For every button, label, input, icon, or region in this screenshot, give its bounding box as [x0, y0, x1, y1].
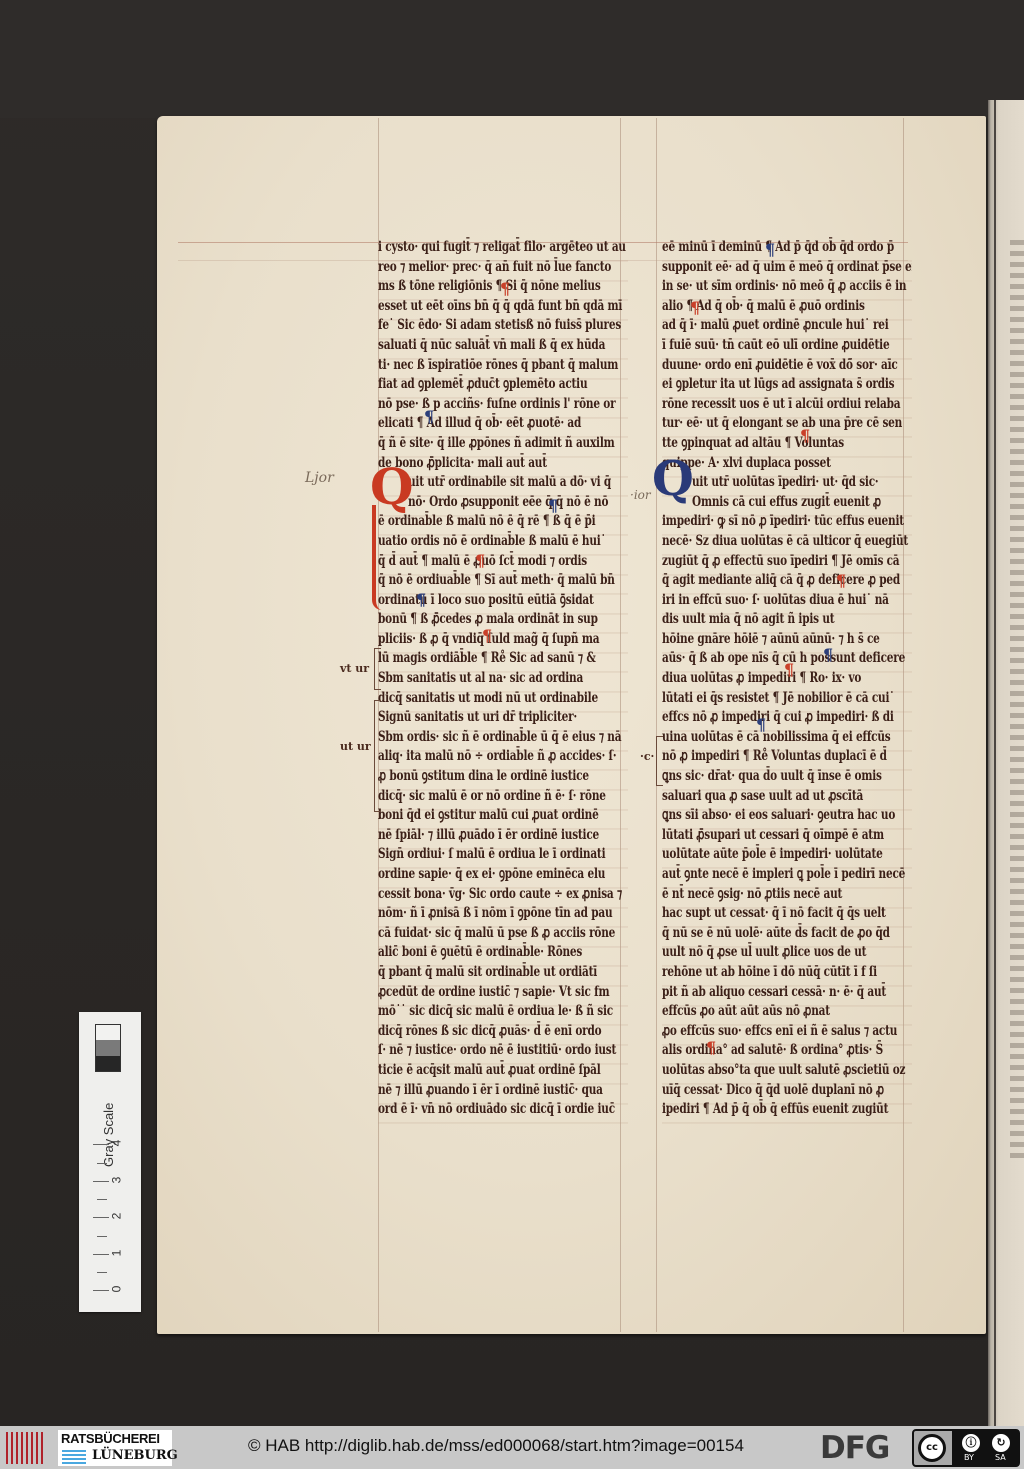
margin-folio-note: Ljor — [305, 470, 334, 486]
ruler-tick — [93, 1254, 109, 1255]
institution-city: LÜNEBURG — [92, 1448, 178, 1463]
text-bracket — [656, 736, 663, 786]
red-paragraph-mark: ¶ — [706, 1038, 716, 1057]
blue-paragraph-mark: ¶ — [548, 496, 558, 515]
blue-paragraph-mark: ¶ — [823, 645, 833, 664]
margin-gloss: ·c· — [640, 750, 654, 763]
blue-paragraph-mark: ¶ — [756, 715, 766, 734]
sa-label: SA — [995, 1453, 1006, 1462]
adjacent-page-text — [1010, 240, 1024, 1160]
red-paragraph-mark: ¶ — [500, 279, 510, 298]
ruler-tick — [97, 1236, 107, 1237]
sa-share-alike-icon: ↻ — [992, 1434, 1010, 1452]
red-paragraph-mark: ¶ — [690, 298, 700, 317]
ruler-tick — [93, 1181, 109, 1182]
red-paragraph-mark: ¶ — [482, 626, 492, 645]
red-initial-flourish — [372, 505, 382, 610]
ruler-tick — [97, 1199, 107, 1200]
margin-gloss: ut ur — [340, 740, 371, 753]
footer-bar: RATSBÜCHEREI LÜNEBURG © HAB http://digli… — [0, 1426, 1024, 1469]
ruler-tick — [93, 1290, 109, 1291]
ruler-tick — [97, 1272, 107, 1273]
swatch-dark — [96, 1056, 120, 1071]
cc-attribution-panel: ⓘ ↻ BY SA — [952, 1431, 1018, 1465]
by-label: BY — [964, 1453, 974, 1462]
blue-paragraph-mark: ¶ — [416, 590, 426, 609]
ruler-number: 3 — [109, 1177, 123, 1184]
dfg-logo: DFG — [820, 1430, 889, 1466]
ruler-number: 0 — [109, 1286, 123, 1293]
ruler-tick — [97, 1163, 107, 1164]
swatch-light — [96, 1025, 120, 1040]
ruler-tick — [93, 1217, 109, 1218]
swatch-mid — [96, 1040, 120, 1055]
blue-paragraph-mark: ¶ — [765, 240, 775, 259]
gray-scale-swatch — [95, 1024, 121, 1072]
scan-backdrop-top — [0, 0, 1024, 118]
ruler-tick — [93, 1144, 109, 1145]
organ-pipes-logo-icon — [6, 1432, 46, 1464]
blue-paragraph-mark: ¶ — [424, 407, 434, 426]
ruler-number: 4 — [109, 1140, 123, 1147]
red-paragraph-mark: ¶ — [800, 426, 810, 445]
page-fold — [994, 100, 996, 1426]
copyright-link[interactable]: © HAB http://diglib.hab.de/mss/ed000068/… — [248, 1436, 744, 1456]
text-line: ipediri ¶ Ad p̄ q̄ ob̄ q̄ effūs euenit z… — [662, 1097, 912, 1123]
cc-icon: cc — [918, 1434, 946, 1462]
red-paragraph-mark: ¶ — [836, 571, 846, 590]
open-book-icon — [62, 1450, 86, 1464]
margin-gloss: vt ur — [340, 662, 369, 675]
text-bracket — [374, 648, 381, 690]
red-paragraph-mark: ¶ — [475, 551, 485, 570]
cc-license-badge[interactable]: cc ⓘ ↻ BY SA — [912, 1429, 1020, 1467]
by-person-icon: ⓘ — [962, 1434, 980, 1452]
text-bracket — [374, 700, 381, 812]
text-line: ord ē ī· vn̄ nō ordiuādo sic dicq̄ ī ord… — [378, 1097, 628, 1123]
blue-initial-q: Q — [652, 455, 694, 503]
ruler-number: 1 — [109, 1250, 123, 1257]
ruling-right-outer — [656, 118, 657, 1332]
margin-folio-note: ·ior — [630, 488, 651, 502]
gray-scale-label: Gray Scale — [101, 1107, 121, 1167]
gray-scale-ruler: Gray Scale 0 1 2 3 4 — [79, 1012, 141, 1312]
ratsbuecherei-logo: RATSBÜCHEREI LÜNEBURG — [58, 1430, 172, 1466]
red-paragraph-mark: ¶ — [784, 660, 794, 679]
adjacent-page-edge — [988, 100, 1024, 1426]
institution-name: RATSBÜCHEREI — [61, 1431, 160, 1446]
ruler-number: 2 — [109, 1213, 123, 1220]
left-text-column: i cysto· qui fugit̄ ⁊ religat̄ filo· arg… — [378, 238, 628, 1120]
